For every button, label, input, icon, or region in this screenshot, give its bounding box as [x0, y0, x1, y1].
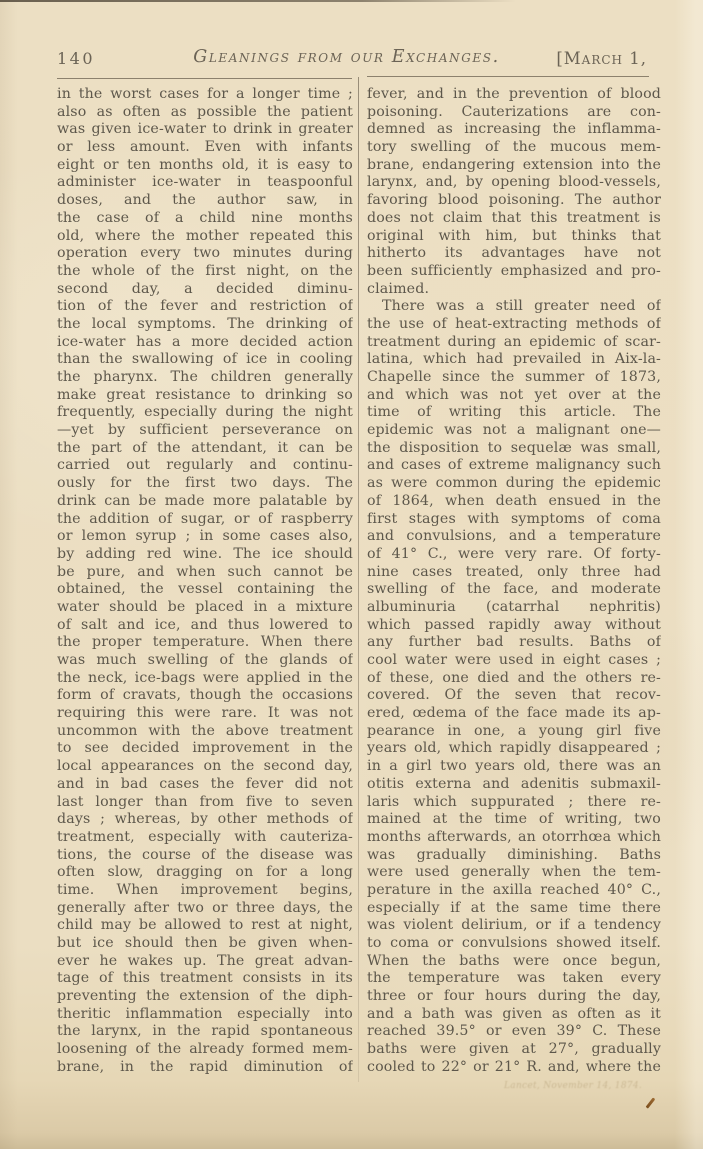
text-line: the neck, ice-bags were applied in the [57, 670, 353, 688]
text-line: eight or ten months old, it is easy to [57, 157, 353, 175]
text-line: cooled to 22° or 21° R. and, where the [367, 1059, 661, 1077]
text-line: requiring this were rare. It was not [57, 705, 353, 723]
text-line: and convulsions, and a temperature [367, 528, 661, 546]
text-line: in the worst cases for a longer time ; [57, 86, 353, 104]
show-through-note: Lancet, November 14, 1874. [504, 1081, 674, 1091]
text-line: the part of the attendant, it can be [57, 440, 353, 458]
text-line: the local symptoms. The drinking of [57, 316, 353, 334]
text-line: tage of this treatment consists in its [57, 970, 353, 988]
text-line: latina, which had prevailed in Aix-la- [367, 351, 661, 369]
text-line: baths were given at 27°, gradually [367, 1041, 661, 1059]
text-line: was gradually diminishing. Baths [367, 847, 661, 865]
text-line: carried out regularly and continu- [57, 457, 353, 475]
text-line: cool water were used in eight cases ; [367, 652, 661, 670]
text-line: the use of heat-extracting methods of [367, 316, 661, 334]
text-line: be pure, and when such cannot be [57, 564, 353, 582]
text-line: the larynx, in the rapid spontaneous [57, 1023, 353, 1041]
text-line: also as often as possible the patient [57, 104, 353, 122]
issue-date: [March 1, [556, 49, 647, 68]
text-line: theritic inflammation especially into [57, 1006, 353, 1024]
text-line: frequently, especially during the night [57, 404, 353, 422]
text-line: water should be placed in a mixture [57, 599, 353, 617]
text-line: swelling of the face, and moderate [367, 581, 661, 599]
text-line: to see decided improvement in the [57, 740, 353, 758]
text-line: treatment, especially with cauteriza- [57, 829, 353, 847]
text-line: and which was not yet over at the [367, 387, 661, 405]
text-line: epidemic was not a malignant one— [367, 422, 661, 440]
text-line: reached 39.5° or even 39° C. These [367, 1023, 661, 1041]
text-line: was much swelling of the glands of [57, 652, 353, 670]
text-line: by adding red wine. The ice should [57, 546, 353, 564]
text-line: hitherto its advantages have not [367, 245, 661, 263]
text-line: the proper temperature. When there [57, 634, 353, 652]
text-line: the whole of the first night, on the [57, 263, 353, 281]
text-line: the temperature was taken every [367, 970, 661, 988]
text-line: which passed rapidly away without [367, 617, 661, 635]
text-line: administer ice-water in teaspoonful [57, 174, 353, 192]
text-line: tions, the course of the disease was [57, 847, 353, 865]
text-line: the pharynx. The children generally [57, 369, 353, 387]
text-line: larynx, and, by opening blood-vessels, [367, 174, 661, 192]
text-line: was given ice-water to drink in greater [57, 121, 353, 139]
text-line: perature in the axilla reached 40° C., [367, 882, 661, 900]
text-line: poisoning. Cauterizations are con- [367, 104, 661, 122]
text-line: were used generally when the tem- [367, 864, 661, 882]
text-line: or lemon syrup ; in some cases also, [57, 528, 353, 546]
text-line: obtained, the vessel containing the [57, 581, 353, 599]
text-line: time. When improvement begins, [57, 882, 353, 900]
text-line: favoring blood poisoning. The author [367, 192, 661, 210]
text-line: and cases of extreme malignancy such [367, 457, 661, 475]
text-line: pearance in one, a young girl five [367, 723, 661, 741]
text-line: —yet by sufficient perseverance on [57, 422, 353, 440]
text-line: months afterwards, an otorrhœa which [367, 829, 661, 847]
text-line: in a girl two years old, there was an [367, 758, 661, 776]
text-line: preventing the extension of the diph- [57, 988, 353, 1006]
text-line: was violent delirium, or if a tendency [367, 917, 661, 935]
text-line: There was a still greater need of [367, 298, 661, 316]
text-line: Chapelle since the summer of 1873, [367, 369, 661, 387]
text-line: ously for the first two days. The [57, 475, 353, 493]
text-line: years old, which rapidly disappeared ; [367, 740, 661, 758]
text-line: often slow, dragging on for a long [57, 864, 353, 882]
text-line: otitis externa and adenitis submaxil- [367, 776, 661, 794]
text-line: time of writing this article. The [367, 404, 661, 422]
right-text-column: fever, and in the prevention of bloodpoi… [367, 86, 661, 1077]
text-line: generally after two or three days, the [57, 900, 353, 918]
text-line: second day, a decided diminu- [57, 281, 353, 299]
text-line: uncommon with the above treatment [57, 723, 353, 741]
text-line: albuminuria (catarrhal nephritis) [367, 599, 661, 617]
text-line: local appearances on the second day, [57, 758, 353, 776]
text-line: ever he wakes up. The great advan- [57, 953, 353, 971]
header-rule-left [57, 78, 352, 79]
text-line: does not claim that this treatment is [367, 210, 661, 228]
text-line: nine cases treated, only three had [367, 564, 661, 582]
text-line: doses, and the author saw, in [57, 192, 353, 210]
text-line: than the swallowing of ice in cooling [57, 351, 353, 369]
text-line: of 41° C., were very rare. Of forty- [367, 546, 661, 564]
text-line: of these, one died and the others re- [367, 670, 661, 688]
text-line: demned as increasing the inflamma- [367, 121, 661, 139]
text-line: and in bad cases the fever did not [57, 776, 353, 794]
column-divider-rule [358, 77, 359, 1082]
text-line: original with him, but thinks that [367, 228, 661, 246]
text-line: covered. Of the seven that recov- [367, 687, 661, 705]
text-line: any further bad results. Baths of [367, 634, 661, 652]
text-line: days ; whereas, by other methods of [57, 811, 353, 829]
text-line: claimed. [367, 281, 661, 299]
scan-edge-artifact [0, 0, 516, 2]
text-line: last longer than from five to seven [57, 794, 353, 812]
text-line: of 1864, when death ensued in the [367, 493, 661, 511]
text-line: ice-water has a more decided action [57, 334, 353, 352]
scanned-journal-page: 140 Gleanings from our Exchanges. [March… [0, 0, 703, 1149]
text-line: make great resistance to drinking so [57, 387, 353, 405]
text-line: laris which suppurated ; there re- [367, 794, 661, 812]
text-line: tory swelling of the mucous mem- [367, 139, 661, 157]
text-line: been sufficiently emphasized and pro- [367, 263, 661, 281]
text-line: brane, in the rapid diminution of [57, 1059, 353, 1077]
text-line: treatment during an epidemic of scar- [367, 334, 661, 352]
text-line: mained at the time of writing, two [367, 811, 661, 829]
text-line: to coma or convulsions showed itself. [367, 935, 661, 953]
text-line: form of cravats, though the occasions [57, 687, 353, 705]
text-line: and a bath was given as often as it [367, 1006, 661, 1024]
text-line: the disposition to sequelæ was small, [367, 440, 661, 458]
text-line: of salt and ice, and thus lowered to [57, 617, 353, 635]
text-line: or less amount. Even with infants [57, 139, 353, 157]
text-line: as were common during the epidemic [367, 475, 661, 493]
ink-mark [646, 1097, 656, 1108]
text-line: the addition of sugar, or of raspberry [57, 511, 353, 529]
text-line: operation every two minutes during [57, 245, 353, 263]
text-line: first stages with symptoms of coma [367, 511, 661, 529]
text-line: the case of a child nine months [57, 210, 353, 228]
text-line: brane, endangering extension into the [367, 157, 661, 175]
text-line: fever, and in the prevention of blood [367, 86, 661, 104]
text-line: three or four hours during the day, [367, 988, 661, 1006]
text-line: ered, œdema of the face made its ap- [367, 705, 661, 723]
left-text-column: in the worst cases for a longer time ;al… [57, 86, 353, 1077]
text-line: child may be allowed to rest at night, [57, 917, 353, 935]
text-line: but ice should then be given when- [57, 935, 353, 953]
header-rule-right [367, 76, 649, 77]
text-line: drink can be made more palatable by [57, 493, 353, 511]
text-line: tion of the fever and restriction of [57, 298, 353, 316]
text-line: When the baths were once begun, [367, 953, 661, 971]
text-line: loosening of the already formed mem- [57, 1041, 353, 1059]
text-line: especially if at the same time there [367, 900, 661, 918]
text-line: old, where the mother repeated this [57, 228, 353, 246]
